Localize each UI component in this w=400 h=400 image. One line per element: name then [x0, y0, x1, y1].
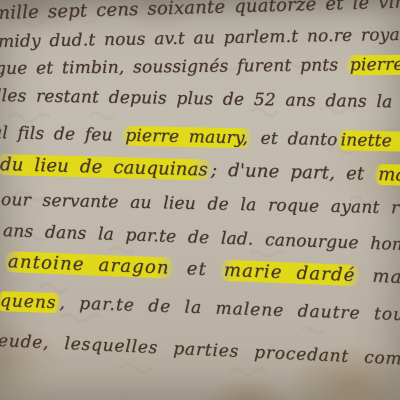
highlight-mark: pierre maury,: [122, 126, 251, 149]
handwritten-text: mariés: [358, 265, 400, 289]
handwritten-text: gue et timbin, soussignés furent pnts: [0, 55, 347, 79]
highlight-mark: marian: [375, 164, 400, 187]
highlight-mark: inette s: [337, 130, 400, 152]
manuscript-line: gue et timbin, soussignés furent pnts pi…: [0, 54, 400, 79]
manuscript-photo: mille sept cens soixante quatorze et le …: [0, 0, 400, 400]
handwritten-text: al fils de feu: [0, 123, 123, 146]
highlight-mark: quens: [0, 291, 60, 313]
handwritten-text: et danto: [251, 128, 338, 150]
highlight-mark: pierre ma: [347, 54, 400, 75]
handwritten-text: et: [172, 258, 221, 281]
handwritten-text: ; d'une part, et: [211, 160, 376, 185]
